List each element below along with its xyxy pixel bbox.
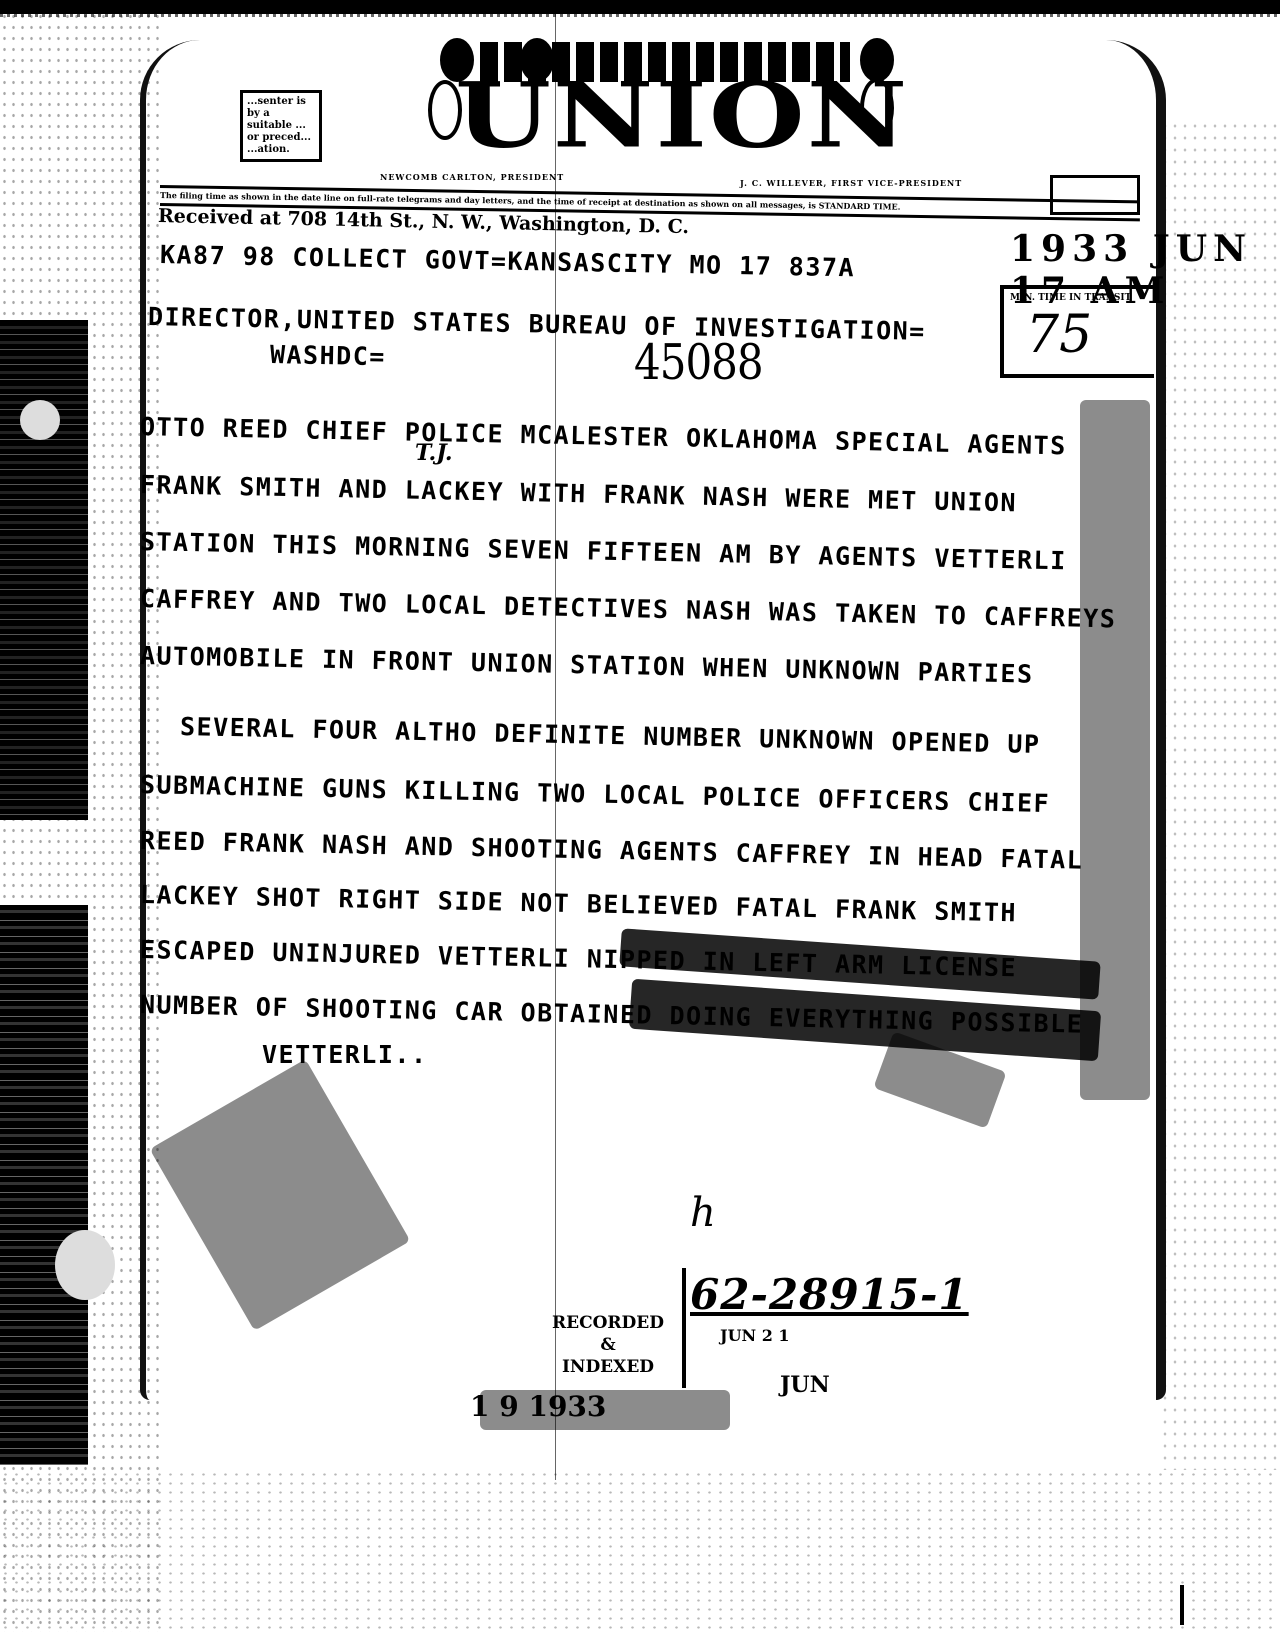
ampersand-label: & [548,1334,668,1356]
scan-noise-bottom [0,1470,1280,1632]
classes-of-service-box [1050,175,1140,215]
president-line: NEWCOMB CARLTON, PRESIDENT [380,172,564,182]
signature: VETTERLI.. [262,1040,428,1069]
binder-strip-lower [0,905,88,1465]
scan-smear-right [1080,400,1150,1100]
recorded-indexed-stamp: RECORDED & INDEXED [548,1312,668,1378]
company-name: UNION [455,70,875,160]
stamped-number: 45088 [634,334,763,390]
transit-time-label: MIN. TIME IN TRANSIT [1010,293,1131,303]
stamp-year: 1 9 1933 [470,1390,606,1423]
binder-hole-lower [55,1230,115,1300]
address-line-2: WASHDC= [270,340,386,371]
handwritten-annotation: T.J. [415,440,453,466]
binder-hole-upper [20,400,60,440]
scan-mark [1180,1585,1184,1625]
scan-noise-right [1160,120,1280,1470]
notice-box: ...senter is by a suitable ... or preced… [240,90,322,162]
transit-time-box: MIN. TIME IN TRANSIT 75 [1000,285,1154,378]
scan-top-border [0,0,1280,14]
handwritten-initial: h [690,1190,716,1236]
scan-top-noise [0,14,1280,17]
recorded-label: RECORDED [548,1312,668,1334]
stamp-divider [682,1268,686,1388]
file-number: 62-28915-1 [690,1270,969,1319]
indexed-label: INDEXED [548,1356,668,1378]
stamp-month: JUN [780,1372,830,1398]
transit-time-handwritten: 75 [1026,305,1092,365]
binder-strip-upper [0,320,88,820]
vice-president-line: J. C. WILLEVER, FIRST VICE-PRESIDENT [740,178,962,188]
stamp-date: JUN 2 1 [720,1326,790,1345]
